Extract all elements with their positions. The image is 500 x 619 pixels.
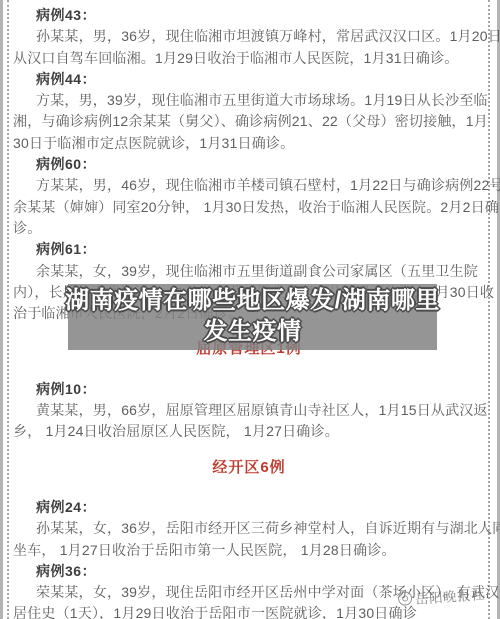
title-overlay-banner: 湖南疫情在哪些地区爆发/湖南哪里 发生疫情	[68, 284, 437, 350]
left-dotted-border	[7, 0, 9, 619]
case-text-line: 30日于临湘市定点医院就诊，1月31日确诊。	[13, 133, 485, 154]
case-text-line: 余某某，女，39岁，现住临湘市五里街道副食公司家属区（五里卫生院	[13, 261, 485, 282]
case-text-line: 余某某（婶婶）同室20分钟， 1月30日发热，收治于临湘人民医院。2月2日确	[13, 197, 485, 218]
article-page: 病例43：孙某某，男，36岁，现住临湘市坦渡镇万峰村，常居武汉汉口区。1月20日…	[0, 0, 500, 619]
case-heading: 病例10：	[13, 379, 485, 400]
case-text-line: 孙某某，男，36岁，现住临湘市坦渡镇万峰村，常居武汉汉口区。1月20日	[13, 26, 485, 47]
case-text-line: 诊。	[13, 218, 485, 239]
case-text-line: 方某某，男，46岁，现住临湘市羊楼司镇石壁村，1月22日与确诊病例22号	[13, 175, 485, 196]
case-heading: 病例61：	[13, 239, 485, 260]
press-seal-icon	[398, 591, 413, 606]
overlay-title: 湖南疫情在哪些地区爆发/湖南哪里 发生疫情	[56, 285, 449, 347]
case-heading: 病例60：	[13, 154, 485, 175]
case-heading: 病例36：	[13, 561, 485, 582]
case-text-line: 坐车， 1月27日收治于岳阳市第一人民医院， 1月28日确诊。	[13, 540, 485, 561]
overlay-title-line2: 发生疫情	[56, 316, 449, 347]
case-text-line: 从汉口自驾车回临湘。1月29日收治于临湘市人民医院，1月31日确诊。	[13, 48, 485, 69]
overlay-title-line1: 湖南疫情在哪些地区爆发/湖南哪里	[56, 285, 449, 316]
case-text-line: 湘，与确诊病例12余某某（舅父）、确诊病例21、22（父母）密切接触，1月	[13, 111, 485, 132]
district-count-heading: 经开区6例	[13, 457, 485, 478]
case-heading: 病例43：	[13, 5, 485, 26]
left-scan-edge	[0, 0, 3, 619]
case-text-line: 乡， 1月24日收治屈原区人民医院， 1月27日确诊。	[13, 421, 485, 442]
case-heading: 病例44：	[13, 69, 485, 90]
case-text-line: 黄某某，男，66岁，屈原管理区屈原镇青山寺社区人，1月15日从武汉返	[13, 400, 485, 421]
case-text-line: 孙某某，女，36岁，岳阳市经开区三荷乡神堂村人，自诉近期有与湖北人同	[13, 518, 485, 539]
case-heading: 病例24：	[13, 497, 485, 518]
case-text-line: 方某，男，39岁，现住临湘市五里街道大市场球场。1月19日从长沙至临	[13, 90, 485, 111]
